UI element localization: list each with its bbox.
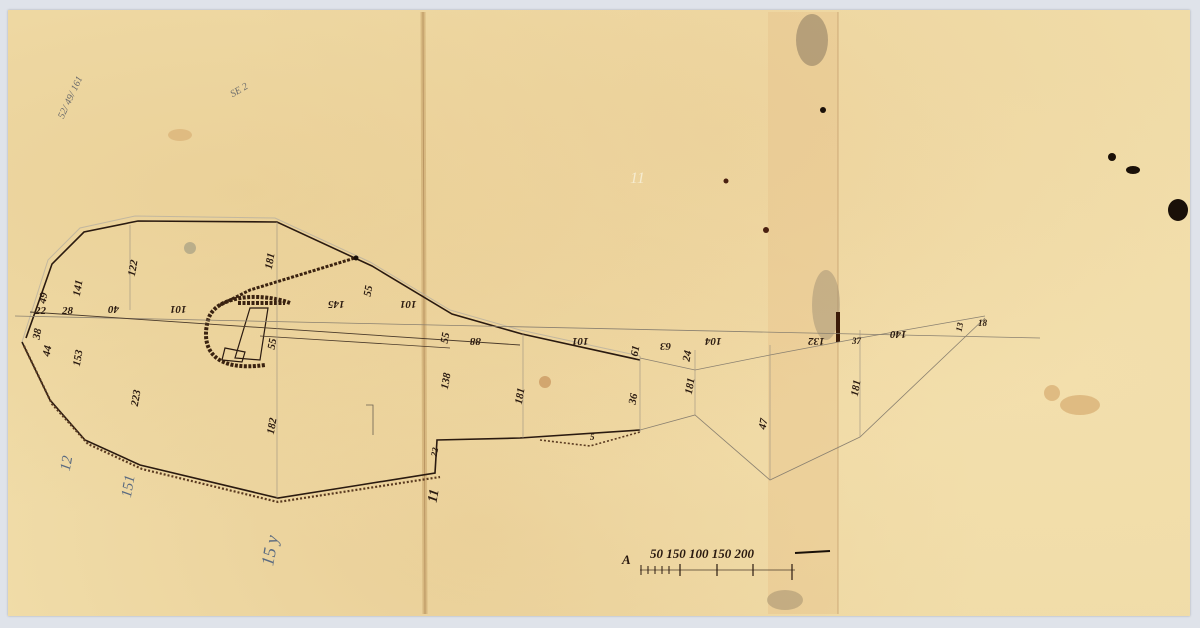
measurement: 24 [681,350,695,363]
measurement: 38 [31,328,45,341]
measurement: 101 [572,335,589,347]
measurement: 55 [362,285,376,298]
measurement: 140 [890,328,907,340]
fortification-outline [206,297,290,366]
measurement: 132 [808,335,825,347]
measurement: 5 [590,432,595,442]
ink-mark: 11 [426,488,444,504]
measurement: 101 [400,298,417,310]
boundary-line [26,221,640,360]
measurement: 37 [852,336,861,346]
measurement: 47 [757,418,771,431]
measurement: 28 [62,305,73,317]
measurement: 18 [978,318,987,328]
stain [796,14,828,66]
measurement: 44 [41,345,55,358]
measurement: 22 [35,305,46,317]
measurement: 104 [705,335,722,347]
measurement: 63 [660,340,671,352]
measurement: 61 [629,345,643,358]
measurement: 40 [108,303,119,315]
pencil-annotation: 12 [58,455,77,473]
measurement: 55 [266,338,280,351]
measurement: 36 [627,393,641,406]
measurement: 101 [170,303,187,315]
measurement: 22 [429,447,440,458]
measurement: 88 [470,335,481,347]
scale-text: 50 150 100 150 200 [650,546,754,562]
measurement: 13 [954,322,965,333]
faint-mark: 11 [630,170,645,188]
measurement: 55 [439,332,453,345]
measurement: 49 [37,292,51,305]
scale-label: A [622,552,631,568]
measurement: 145 [328,298,345,310]
